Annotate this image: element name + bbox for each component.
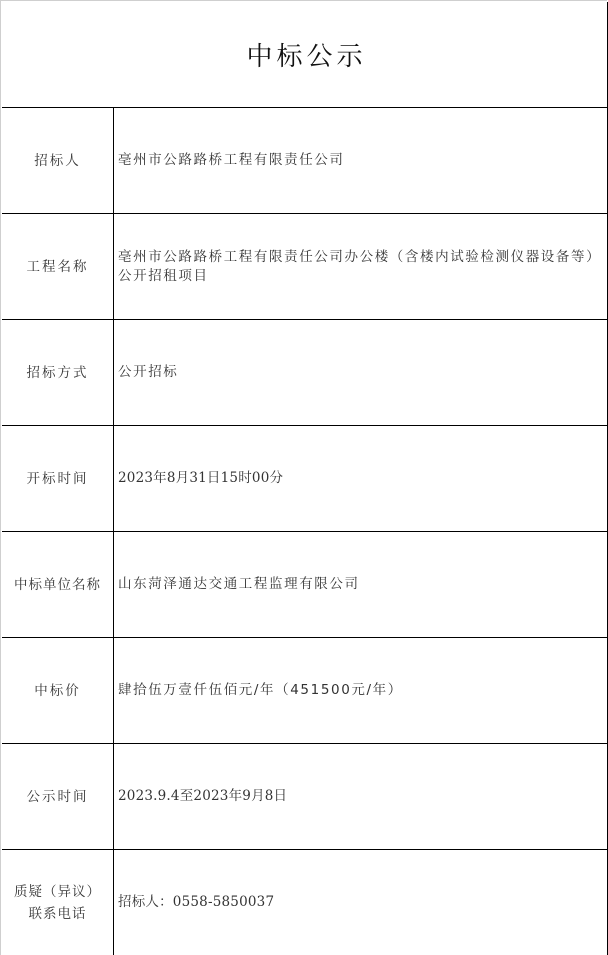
table-row-winning-price: 中标价 肆拾伍万壹仟伍佰元/年（451500元/年）	[2, 638, 608, 744]
row-label: 中标单位名称	[2, 532, 114, 638]
row-label: 开标时间	[2, 426, 114, 532]
row-value: 亳州市公路路桥工程有限责任公司	[114, 108, 608, 214]
table-row-project-name: 工程名称 亳州市公路路桥工程有限责任公司办公楼（含楼内试验检测仪器设备等）公开招…	[2, 214, 608, 320]
row-label-line1: 质疑（异议）	[2, 881, 113, 903]
row-value: 2023年8月31日15时00分	[114, 426, 608, 532]
table-row-tender-method: 招标方式 公开招标	[2, 320, 608, 426]
title-row: 中标公示	[2, 2, 608, 107]
table-row-tenderer: 招标人 亳州市公路路桥工程有限责任公司	[2, 108, 608, 214]
table-row-winning-bidder: 中标单位名称 山东菏泽通达交通工程监理有限公司	[2, 532, 608, 638]
row-label-line2: 联系电话	[2, 903, 113, 925]
row-label: 工程名称	[2, 214, 114, 320]
row-value: 亳州市公路路桥工程有限责任公司办公楼（含楼内试验检测仪器设备等）公开招租项目	[114, 214, 608, 320]
announcement-sheet: 中标公示 招标人 亳州市公路路桥工程有限责任公司 工程名称 亳州市公路路桥工程有…	[0, 0, 607, 955]
row-value: 肆拾伍万壹仟伍佰元/年（451500元/年）	[114, 638, 608, 744]
row-value: 2023.9.4至2023年9月8日	[114, 744, 608, 850]
row-value: 山东菏泽通达交通工程监理有限公司	[114, 532, 608, 638]
row-label: 质疑（异议） 联系电话	[2, 850, 114, 955]
table-row-bid-opening-time: 开标时间 2023年8月31日15时00分	[2, 426, 608, 532]
table-row-publicity-period: 公示时间 2023.9.4至2023年9月8日	[2, 744, 608, 850]
page-title: 中标公示	[242, 36, 366, 73]
row-value: 公开招标	[114, 320, 608, 426]
row-label: 招标方式	[2, 320, 114, 426]
row-label: 招标人	[2, 108, 114, 214]
announcement-table: 招标人 亳州市公路路桥工程有限责任公司 工程名称 亳州市公路路桥工程有限责任公司…	[2, 107, 608, 955]
row-label: 中标价	[2, 638, 114, 744]
row-label: 公示时间	[2, 744, 114, 850]
row-value: 招标人：0558-5850037	[114, 850, 608, 955]
table-row-objection-contact: 质疑（异议） 联系电话 招标人：0558-5850037	[2, 850, 608, 955]
